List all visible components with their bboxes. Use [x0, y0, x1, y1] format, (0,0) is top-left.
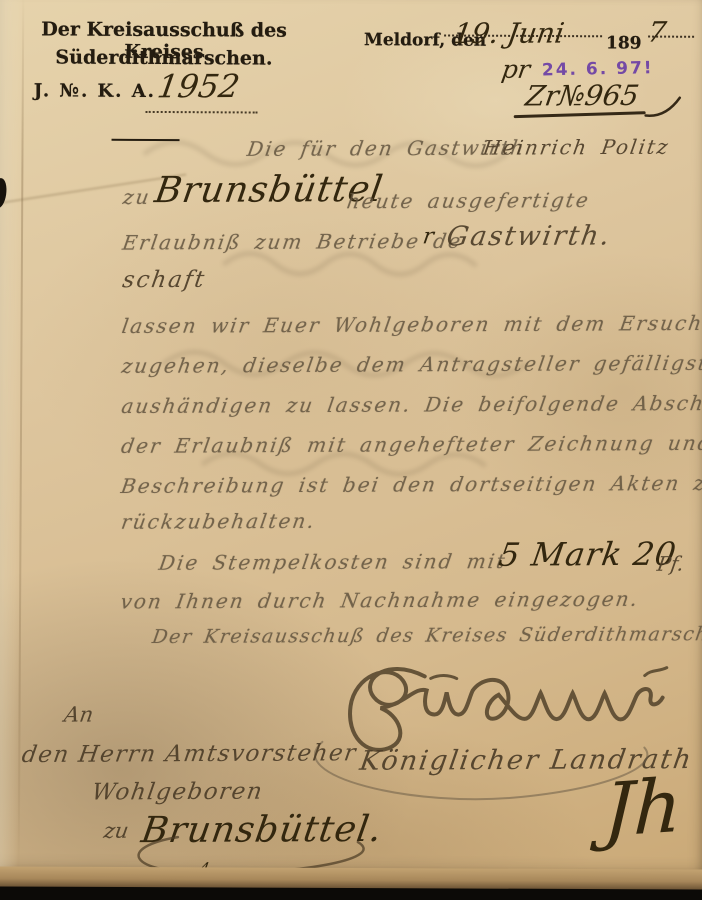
page-bottom-edge — [0, 866, 702, 889]
body-line: von Ihnen durch Nachnahme eingezogen. — [119, 587, 641, 614]
body-line: der Erlaubniß mit angehefteter Zeichnung… — [120, 431, 702, 458]
journal-entry-number: Zr№965 — [523, 79, 641, 113]
date-stamp: 24. 6. 97! — [542, 58, 654, 80]
body-line: lassen wir Euer Wohlgeboren mit dem Ersu… — [120, 311, 702, 338]
body-line: rückzubehalten. — [120, 509, 318, 534]
letterhead-line2: Süderdithmarschen. — [20, 46, 308, 70]
body-line: aushändigen zu lassen. Die beifolgende A… — [120, 391, 702, 418]
journal-number: 1952 — [155, 67, 242, 105]
address-recipient: den Herrn Amtsvorsteher — [20, 740, 359, 768]
body-line: zugehen, dieselbe dem Antragsteller gefä… — [120, 351, 702, 378]
dateline-year-digit: 7 — [646, 16, 669, 49]
journal-entry-swoosh — [644, 92, 684, 122]
clerk-paraph: Jh — [602, 763, 683, 854]
dateline-handwritten-date: 19. Juni — [451, 17, 566, 51]
letterhead-rule — [112, 139, 180, 141]
dateline-printed-year: 189 — [606, 33, 642, 53]
paper-page: Der Kreisausschuß des Kreises Süderdithm… — [0, 0, 702, 878]
body-line: Pf. — [655, 552, 685, 576]
body-line: Beschreibung ist bei den dortseitigen Ak… — [119, 471, 702, 498]
body-line: Erlaubniß zum Betriebe de — [121, 229, 464, 255]
journal-label: J. №. K. A. — [34, 80, 156, 102]
body-amount-emphasis: 5 Mark 20 — [496, 535, 679, 574]
body-line: Die Stempelkosten sind mit — [157, 549, 508, 575]
body-line: heute ausgefertigte — [345, 188, 592, 213]
address-salutation: An — [63, 703, 95, 727]
scanned-document: Der Kreisausschuß des Kreises Süderdithm… — [0, 0, 702, 900]
closing-line: Der Kreisausschuß des Kreises Süderdithm… — [151, 623, 702, 648]
body-line: schaft — [121, 267, 208, 293]
body-word-emphasis: Gastwirth. — [445, 221, 614, 253]
body-line: Heinrich Politz — [482, 135, 672, 160]
address-honorific: Wohlgeboren — [90, 779, 265, 806]
body-line: zu — [121, 185, 152, 209]
